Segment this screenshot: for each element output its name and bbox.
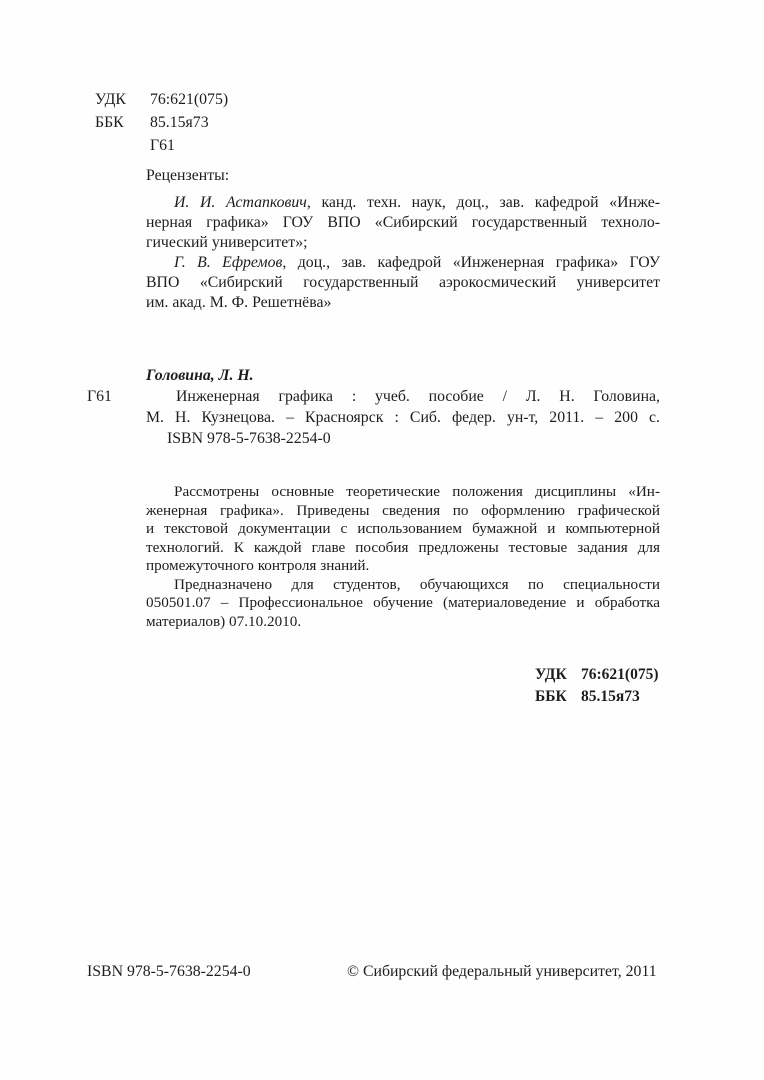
author-index-value: Г61 [150,137,175,154]
bottom-bbk-label: ББК [535,686,581,708]
catalog-author: Головина, Л. Н. [146,365,660,386]
bottom-udk-label: УДК [535,664,581,686]
annotation-p1-line-1: Рассмотрены основные теоретические полож… [146,483,660,502]
bbk-value: 85.15я73 [150,114,209,131]
reviewer-1-line-1: И. И. Астапкович, канд. техн. наук, доц.… [146,193,660,213]
annotation-p1-line-5: промежуточного контроля знаний. [146,557,660,576]
catalog-card: Головина, Л. Н. Г61Инженерная графика : … [146,365,660,449]
annotation-p2-line-1: Предназначено для студентов, обучающихся… [146,576,660,595]
reviewer-2-line-1: Г. В. Ефремов, доц., зав. кафедрой «Инже… [146,253,660,273]
annotation-p2-line-2: 050501.07 – Профессиональное обучение (м… [146,594,660,613]
bottom-udk-value: 76:621(075) [581,666,659,683]
annotation-p1-line-2: женерная графика». Приведены сведения по… [146,502,660,521]
annotation-p1-line-3: и текстовой документации с использование… [146,520,660,539]
annotation-paragraph-2: Предназначено для студентов, обучающихся… [146,576,660,632]
bbk-line: ББК85.15я73 [95,111,228,134]
annotation-block: Рассмотрены основные теоретические полож… [146,483,660,631]
catalog-isbn: ISBN 978-5-7638-2254-0 [146,428,660,449]
udk-label: УДК [95,88,150,111]
footer-copyright: © Сибирский федеральный университет, 201… [347,962,657,982]
reviewer-1-line-2: нерная графика» ГОУ ВПО «Сибирский госуд… [146,213,660,233]
reviewers-block: Рецензенты: И. И. Астапкович, канд. техн… [146,166,660,313]
reviewer-1: И. И. Астапкович, канд. техн. наук, доц.… [146,193,660,253]
reviewer-2-line-3: им. акад. М. Ф. Решетнёва» [146,293,660,313]
catalog-title-text: Инженерная графика : учеб. пособие / Л. … [176,388,660,405]
bottom-bbk-line: ББК85.15я73 [535,686,659,708]
annotation-p1-line-4: технологий. К каждой главе пособия предл… [146,539,660,558]
bottom-udk-line: УДК76:621(075) [535,664,659,686]
reviewer-1-line-3: гический университет»; [146,233,660,253]
bbk-label: ББК [95,111,150,134]
catalog-imprint-line: М. Н. Кузнецова. – Красноярск : Сиб. фед… [146,407,660,428]
udk-value: 76:621(075) [150,91,228,108]
imprint-page: УДК76:621(075) ББК85.15я73 Г61 Рецензент… [0,0,764,1080]
bottom-bbk-value: 85.15я73 [581,688,640,705]
reviewer-1-name: И. И. Астапкович [174,194,307,211]
catalog-title-line: Г61Инженерная графика : учеб. пособие / … [146,386,660,407]
reviewer-2-credentials: , доц., зав. кафедрой «Инженерная график… [282,254,660,271]
annotation-paragraph-1: Рассмотрены основные теоретические полож… [146,483,660,576]
reviewer-1-credentials: , канд. техн. наук, доц., зав. кафедрой … [307,194,660,211]
author-index-line: Г61 [95,134,228,157]
top-classification-codes: УДК76:621(075) ББК85.15я73 Г61 [95,88,228,157]
bottom-classification-codes: УДК76:621(075) ББК85.15я73 [535,664,659,707]
footer-isbn: ISBN 978-5-7638-2254-0 [87,962,251,982]
reviewers-heading: Рецензенты: [146,166,660,186]
catalog-index: Г61 [87,386,112,407]
reviewer-2: Г. В. Ефремов, доц., зав. кафедрой «Инже… [146,253,660,313]
udk-line: УДК76:621(075) [95,88,228,111]
reviewer-2-name: Г. В. Ефремов [174,254,282,271]
annotation-p2-line-3: материалов) 07.10.2010. [146,613,660,632]
reviewer-2-line-2: ВПО «Сибирский государственный аэрокосми… [146,273,660,293]
